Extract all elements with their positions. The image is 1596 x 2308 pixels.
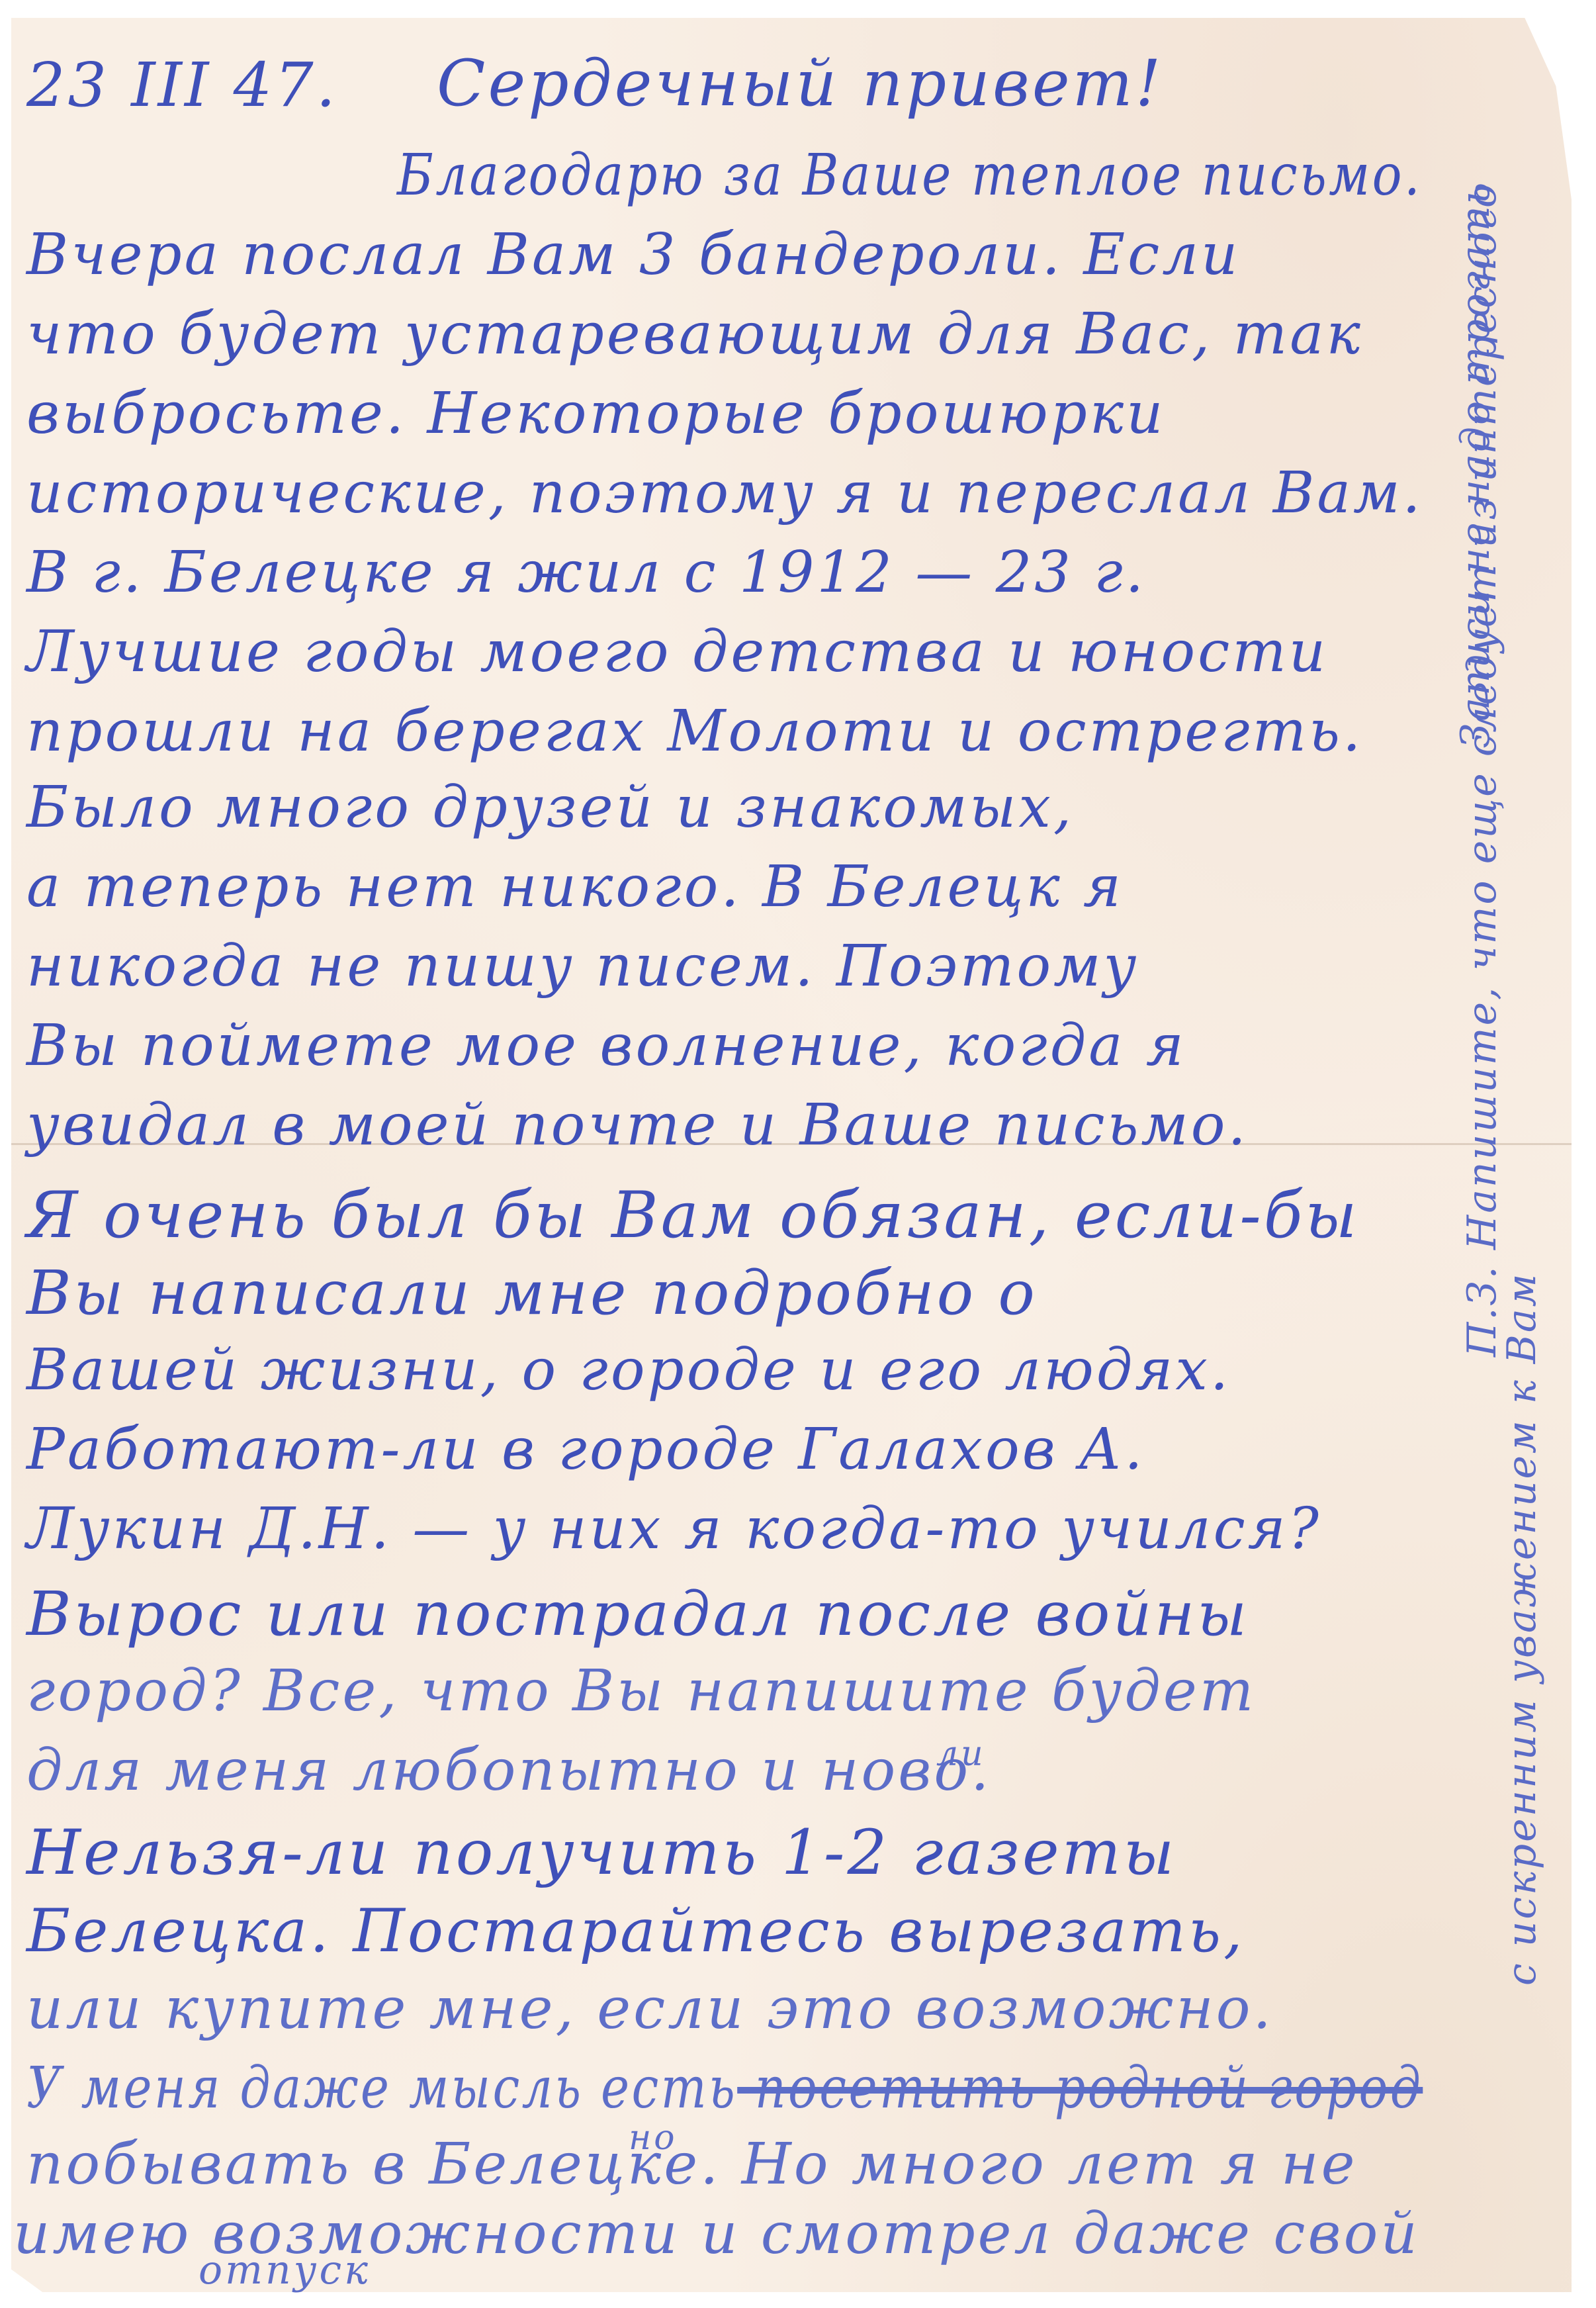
struck-text: посетить родной город bbox=[737, 2055, 1423, 2121]
letter-line: Было много друзей и знакомых, bbox=[26, 774, 1074, 841]
letter-line: для меня любопытно и ново. bbox=[26, 1737, 991, 1804]
margin-note-2: П.З. Напишите, что еще следует из интере… bbox=[1459, 182, 1505, 1357]
margin-note-3: с искренним уважением к Вам bbox=[1499, 1272, 1545, 1986]
letter-line: выбросьте. Некоторые брошюрки bbox=[26, 381, 1166, 447]
letter-line: исторические, поэтому я и переслал Вам. bbox=[26, 460, 1423, 526]
letter-line: Благодарю за Ваше теплое письмо. bbox=[397, 142, 1422, 208]
letter-line: Нельзя-ли получить 1-2 газеты bbox=[26, 1817, 1176, 1889]
letter-line: Лукин Д.Н. — у них я когда-то учился? bbox=[26, 1496, 1321, 1562]
insertion-no: но bbox=[629, 2118, 678, 2158]
letter-line: что будет устаревающим для Вас, так bbox=[26, 301, 1363, 367]
letter-line: Вырос или пострадал после войны bbox=[26, 1579, 1249, 1649]
letter-line: отпуск bbox=[199, 2247, 371, 2293]
letter-line: У меня даже мысль есть посетить родной г… bbox=[26, 2055, 1423, 2121]
letter-line: прошли на берегах Молоти и острегть. bbox=[26, 698, 1363, 764]
letter-line: Работают-ли в городе Галахов А. bbox=[26, 1416, 1145, 1483]
insertion-li: ли bbox=[936, 1734, 986, 1774]
letter-line: город? Все, что Вы напишите будет bbox=[26, 1658, 1256, 1724]
letter-line: Вчера послал Вам 3 бандероли. Если bbox=[26, 222, 1240, 288]
letter-line: никогда не пишу писем. Поэтому bbox=[26, 933, 1139, 999]
letter-line: В г. Белецке я жил с 1912 — 23 г. bbox=[26, 539, 1146, 606]
letter-line: Белецка. Постарайтесь вырезать, bbox=[26, 1896, 1245, 1966]
letter-line: Вы написали мне подробно о bbox=[26, 1258, 1038, 1328]
letter-line: Вашей жизни, о городе и его людях. bbox=[26, 1337, 1231, 1403]
letter-line: Лучшие годы моего детства и юности bbox=[26, 619, 1328, 685]
letter-line: побывать в Белецке. Но много лет я не bbox=[26, 2131, 1358, 2197]
letter-line: Вы поймете мое волнение, когда я bbox=[26, 1013, 1186, 1079]
letter-line: Я очень был бы Вам обязан, если-бы bbox=[26, 1178, 1360, 1252]
letter-date: 23 III 47. bbox=[26, 50, 338, 120]
letter-line: а теперь нет никого. В Белецк я bbox=[26, 854, 1124, 920]
letter-greeting: Сердечный привет! bbox=[437, 46, 1163, 120]
letter-line: или купите мне, если это возможно. bbox=[26, 1976, 1274, 2042]
letter-line: увидал в моей почте и Ваше письмо. bbox=[26, 1092, 1249, 1158]
